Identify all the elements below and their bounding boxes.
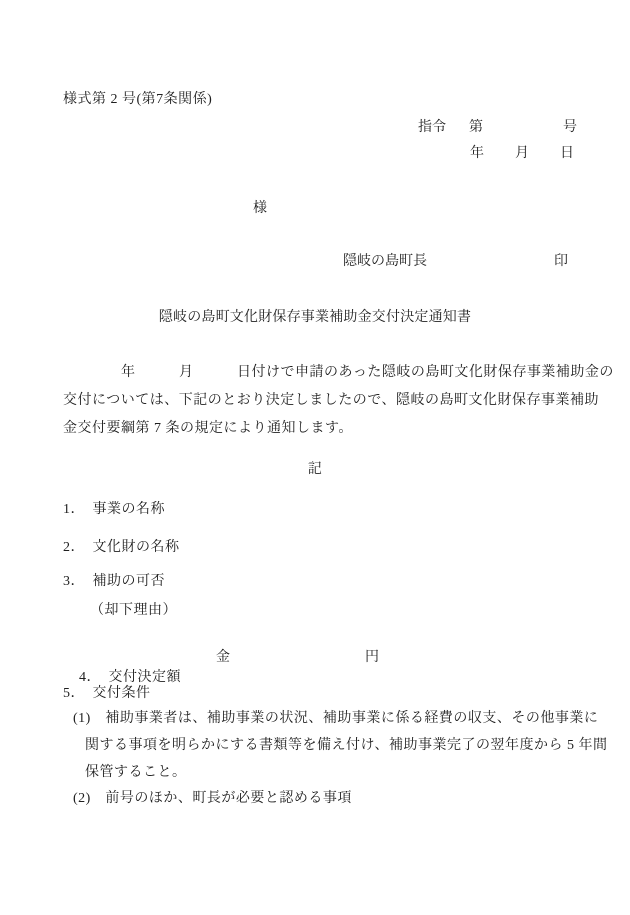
issue-date-month-label: 月 bbox=[515, 144, 529, 164]
record-marker: 記 bbox=[0, 460, 630, 480]
item-5-sub-1-line-1: (1) 補助事業者は、補助事業の状況、補助事業に係る経費の収支、その他事業に bbox=[73, 709, 598, 729]
document-title: 隠岐の島町文化財保存事業補助金交付決定通知書 bbox=[0, 308, 630, 328]
item-5-sub-2: (2) 前号のほか、町長が必要と認める事項 bbox=[73, 789, 352, 809]
form-number: 様式第 2 号(第7条関係) bbox=[63, 90, 212, 110]
item-5-sub-1-line-3: 保管すること。 bbox=[85, 763, 187, 783]
body-paragraph-line-2: 交付については、下記のとおり決定しましたので、隠岐の島町文化財保存事業補助 bbox=[63, 391, 599, 411]
issue-date-day-label: 日 bbox=[560, 144, 574, 164]
item-1-project-name: 1． 事業の名称 bbox=[63, 500, 165, 520]
directive-prefix-label: 指令 bbox=[418, 118, 446, 138]
directive-dai-label: 第 bbox=[469, 118, 483, 138]
body-paragraph-line-3: 金交付要綱第 7 条の規定により通知します。 bbox=[63, 419, 353, 439]
item-2-cultural-property-name: 2． 文化財の名称 bbox=[63, 538, 180, 558]
issue-date-year-label: 年 bbox=[470, 144, 484, 164]
addressee-honorific: 様 bbox=[253, 199, 268, 219]
item-5-sub-1-line-2: 関する事項を明らかにする書類等を備え付け、補助事業完了の翌年度から 5 年間 bbox=[85, 736, 607, 756]
amount-prefix-kin: 金 bbox=[216, 648, 231, 668]
item-4-label: 4． 交付決定額 bbox=[79, 670, 181, 685]
item-5-grant-conditions: 5． 交付条件 bbox=[63, 684, 151, 704]
seal-placeholder: 印 bbox=[554, 252, 568, 272]
item-3-subsidy-approval: 3． 補助の可否 bbox=[63, 572, 165, 592]
amount-suffix-yen: 円 bbox=[365, 648, 380, 668]
directive-go-label: 号 bbox=[563, 118, 577, 138]
document-page: 様式第 2 号(第7条関係) 指令 第 号 年 月 日 様 隠岐の島町長 印 隠… bbox=[0, 0, 630, 915]
body-paragraph-line-1: 年 月 日付けで申請のあった隠岐の島町文化財保存事業補助金の bbox=[63, 363, 614, 383]
issuer-title: 隠岐の島町長 bbox=[343, 252, 427, 272]
item-3-rejection-reason: （却下理由） bbox=[90, 601, 177, 621]
